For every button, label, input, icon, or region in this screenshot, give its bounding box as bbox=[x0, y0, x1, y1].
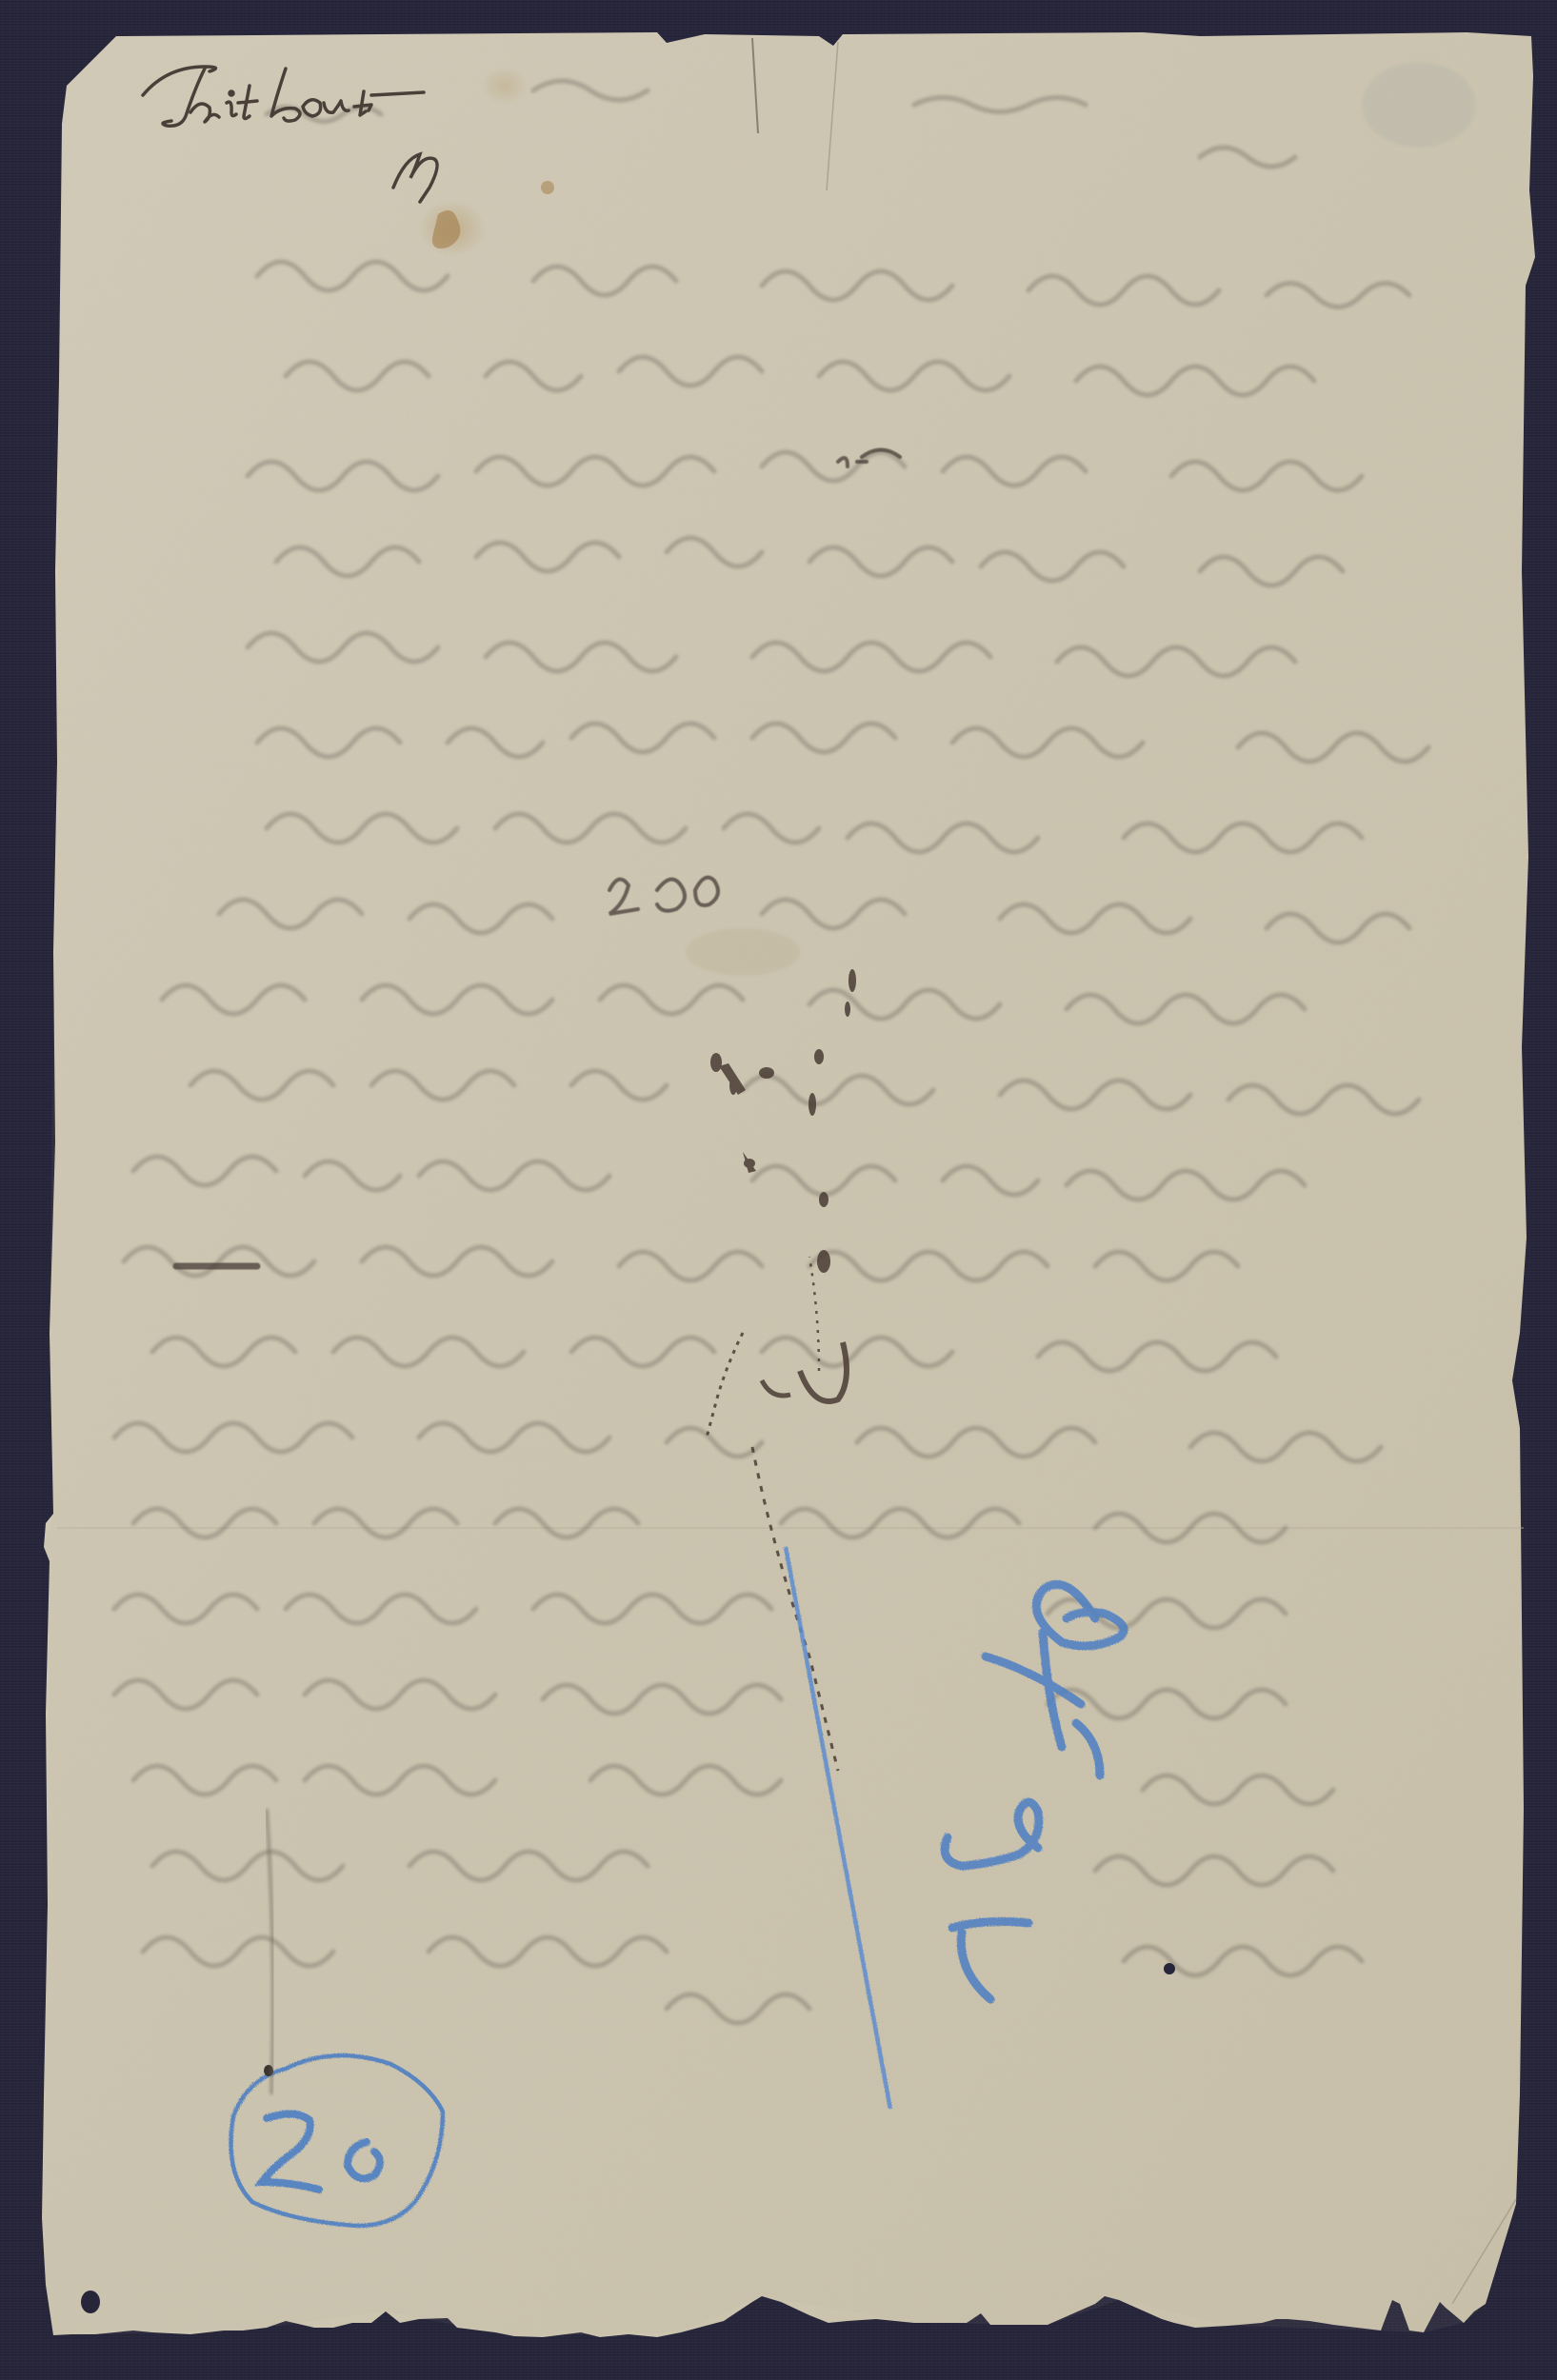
manuscript-sheet: Taitbout M 1252 f. 20 250 bbox=[0, 0, 1557, 2380]
paper-hole bbox=[1164, 1963, 1175, 1974]
paper-scan bbox=[0, 0, 1557, 2380]
